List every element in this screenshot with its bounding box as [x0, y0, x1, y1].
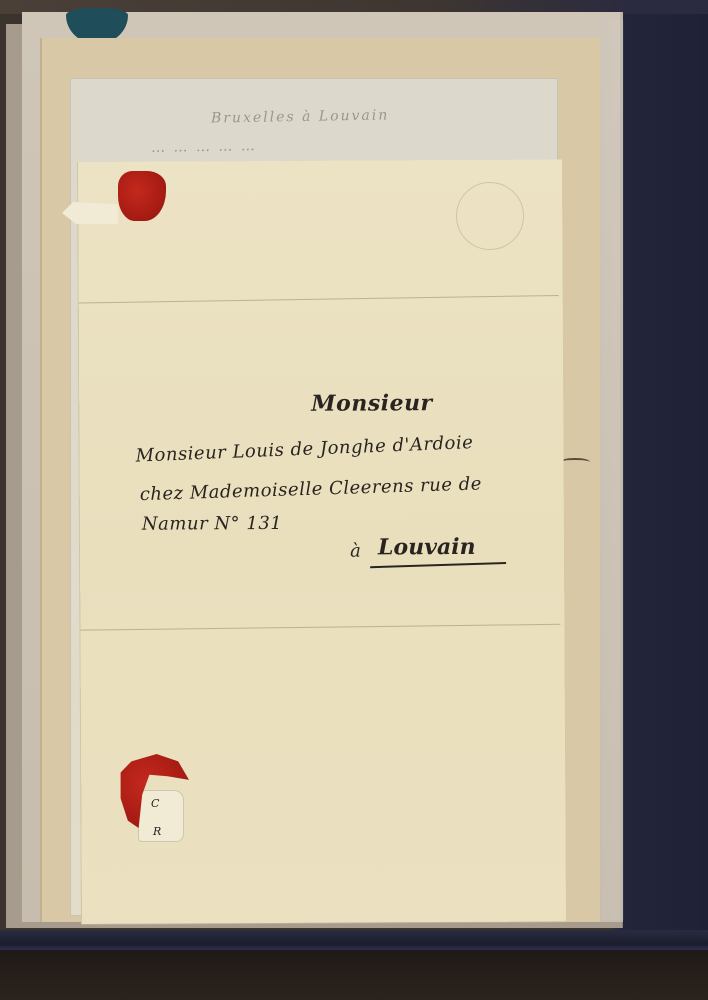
city-underline	[370, 562, 506, 568]
address-city: Louvain	[378, 534, 476, 561]
table-surface-bottom	[0, 950, 708, 1000]
address-city-prefix: à	[350, 541, 361, 562]
seal-mark-1: C	[151, 797, 159, 810]
faint-postmark	[456, 182, 524, 250]
seal-mark-2: R	[153, 825, 161, 838]
address-line-3: Namur N° 131	[142, 513, 282, 535]
address-line-2: chez Mademoiselle Cleerens rue de	[139, 473, 482, 505]
address-salutation: Monsieur	[311, 390, 432, 417]
fold-line-top	[79, 295, 559, 304]
binder-bottom-edge	[0, 930, 708, 950]
address-line-1: Monsieur Louis de Jonghe d'Ardoie	[135, 432, 473, 467]
faint-back-text-line1: Bruxelles à Louvain	[211, 107, 390, 126]
seal-paper-fragment-bottom: C R	[138, 790, 184, 842]
ink-mark	[560, 458, 590, 466]
sleeve-highlight	[602, 20, 624, 920]
fold-line-bottom	[80, 624, 560, 631]
faint-back-text-line2: … … … … …	[151, 138, 257, 156]
